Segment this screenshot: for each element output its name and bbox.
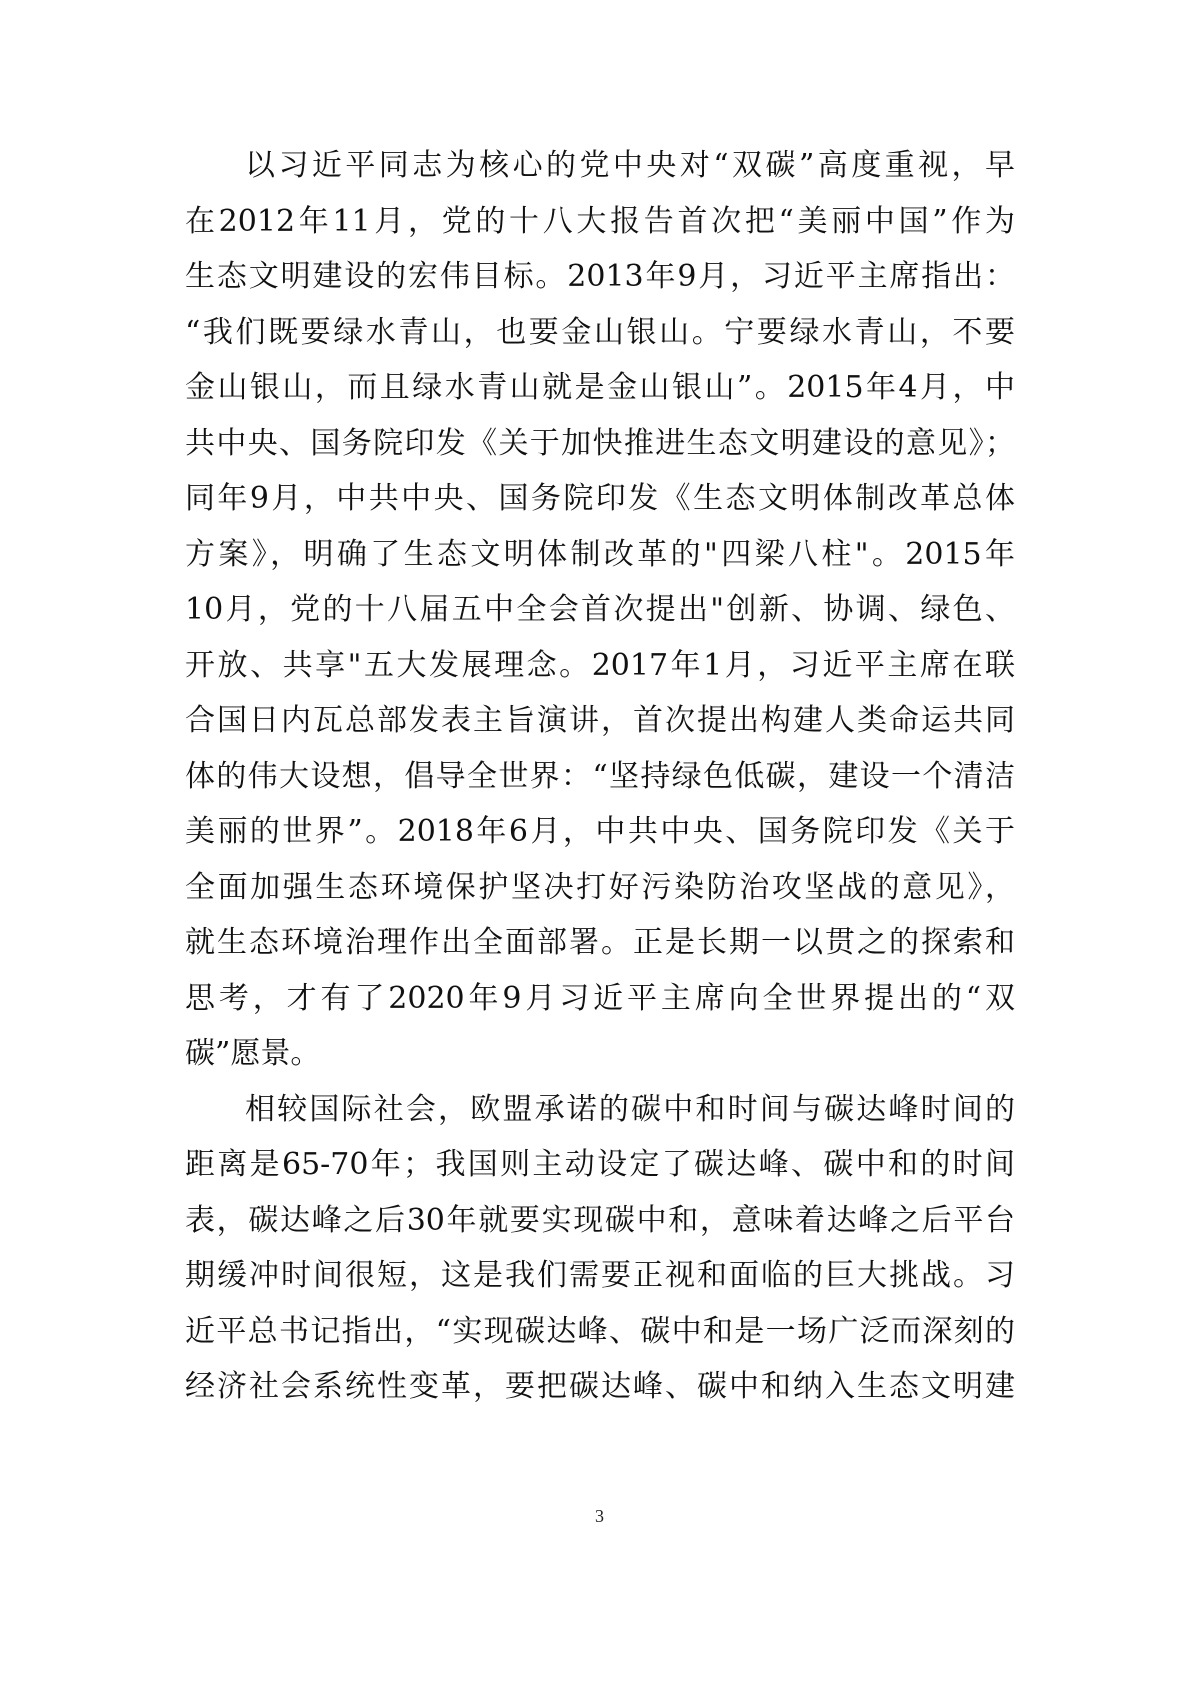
paragraph-2-line-2: 距离是65-70年；我国则主动设定了碳达峰、碳中和的时间 <box>185 1137 1015 1193</box>
paragraph-1-line-5: 金山银山，而且绿水青山就是金山银山”。2015年4月，中 <box>185 360 1015 416</box>
paragraph-1-line-11: 合国日内瓦总部发表主旨演讲，首次提出构建人类命运共同 <box>185 693 1015 749</box>
page-number: 3 <box>0 1506 1199 1527</box>
paragraph-1-line-10: 开放、共享"五大发展理念。2017年1月，习近平主席在联 <box>185 638 1015 694</box>
paragraph-1-line-15: 就生态环境治理作出全面部署。正是长期一以贯之的探索和 <box>185 915 1015 971</box>
paragraph-1-line-12: 体的伟大设想，倡导全世界：“坚持绿色低碳，建设一个清洁 <box>185 749 1015 805</box>
paragraph-1-line-14: 全面加强生态环境保护坚决打好污染防治攻坚战的意见》， <box>185 860 1015 916</box>
paragraph-1-line-9: 10月，党的十八届五中全会首次提出"创新、协调、绿色、 <box>185 582 1015 638</box>
paragraph-1-line-2: 在2012年11月，党的十八大报告首次把“美丽中国”作为 <box>185 194 1015 250</box>
paragraph-1-line-17: 碳”愿景。 <box>185 1026 1015 1082</box>
paragraph-1-line-7: 同年9月，中共中央、国务院印发《生态文明体制改革总体 <box>185 471 1015 527</box>
paragraph-1-line-16: 思考，才有了2020年9月习近平主席向全世界提出的“双 <box>185 971 1015 1027</box>
paragraph-2-line-3: 表，碳达峰之后30年就要实现碳中和，意味着达峰之后平台 <box>185 1193 1015 1249</box>
paragraph-1-line-3: 生态文明建设的宏伟目标。2013年9月，习近平主席指出： <box>185 249 1015 305</box>
paragraph-1-line-1: 以习近平同志为核心的党中央对“双碳”高度重视，早 <box>185 138 1015 194</box>
paragraph-1-line-4: “我们既要绿水青山，也要金山银山。宁要绿水青山，不要 <box>185 305 1015 361</box>
paragraph-2-line-5: 近平总书记指出，“实现碳达峰、碳中和是一场广泛而深刻的 <box>185 1304 1015 1360</box>
paragraph-1-line-8: 方案》，明确了生态文明体制改革的"四梁八柱"。2015年 <box>185 527 1015 583</box>
paragraph-1-line-6: 共中央、国务院印发《关于加快推进生态文明建设的意见》； <box>185 416 1015 472</box>
paragraph-1-line-13: 美丽的世界”。2018年6月，中共中央、国务院印发《关于 <box>185 804 1015 860</box>
body-text: 以习近平同志为核心的党中央对“双碳”高度重视，早 在2012年11月，党的十八大… <box>185 138 1015 1415</box>
paragraph-2-line-6: 经济社会系统性变革，要把碳达峰、碳中和纳入生态文明建 <box>185 1359 1015 1415</box>
paragraph-2-line-1: 相较国际社会，欧盟承诺的碳中和时间与碳达峰时间的 <box>185 1082 1015 1138</box>
document-page: 以习近平同志为核心的党中央对“双碳”高度重视，早 在2012年11月，党的十八大… <box>0 0 1199 1696</box>
paragraph-2-line-4: 期缓冲时间很短，这是我们需要正视和面临的巨大挑战。习 <box>185 1248 1015 1304</box>
